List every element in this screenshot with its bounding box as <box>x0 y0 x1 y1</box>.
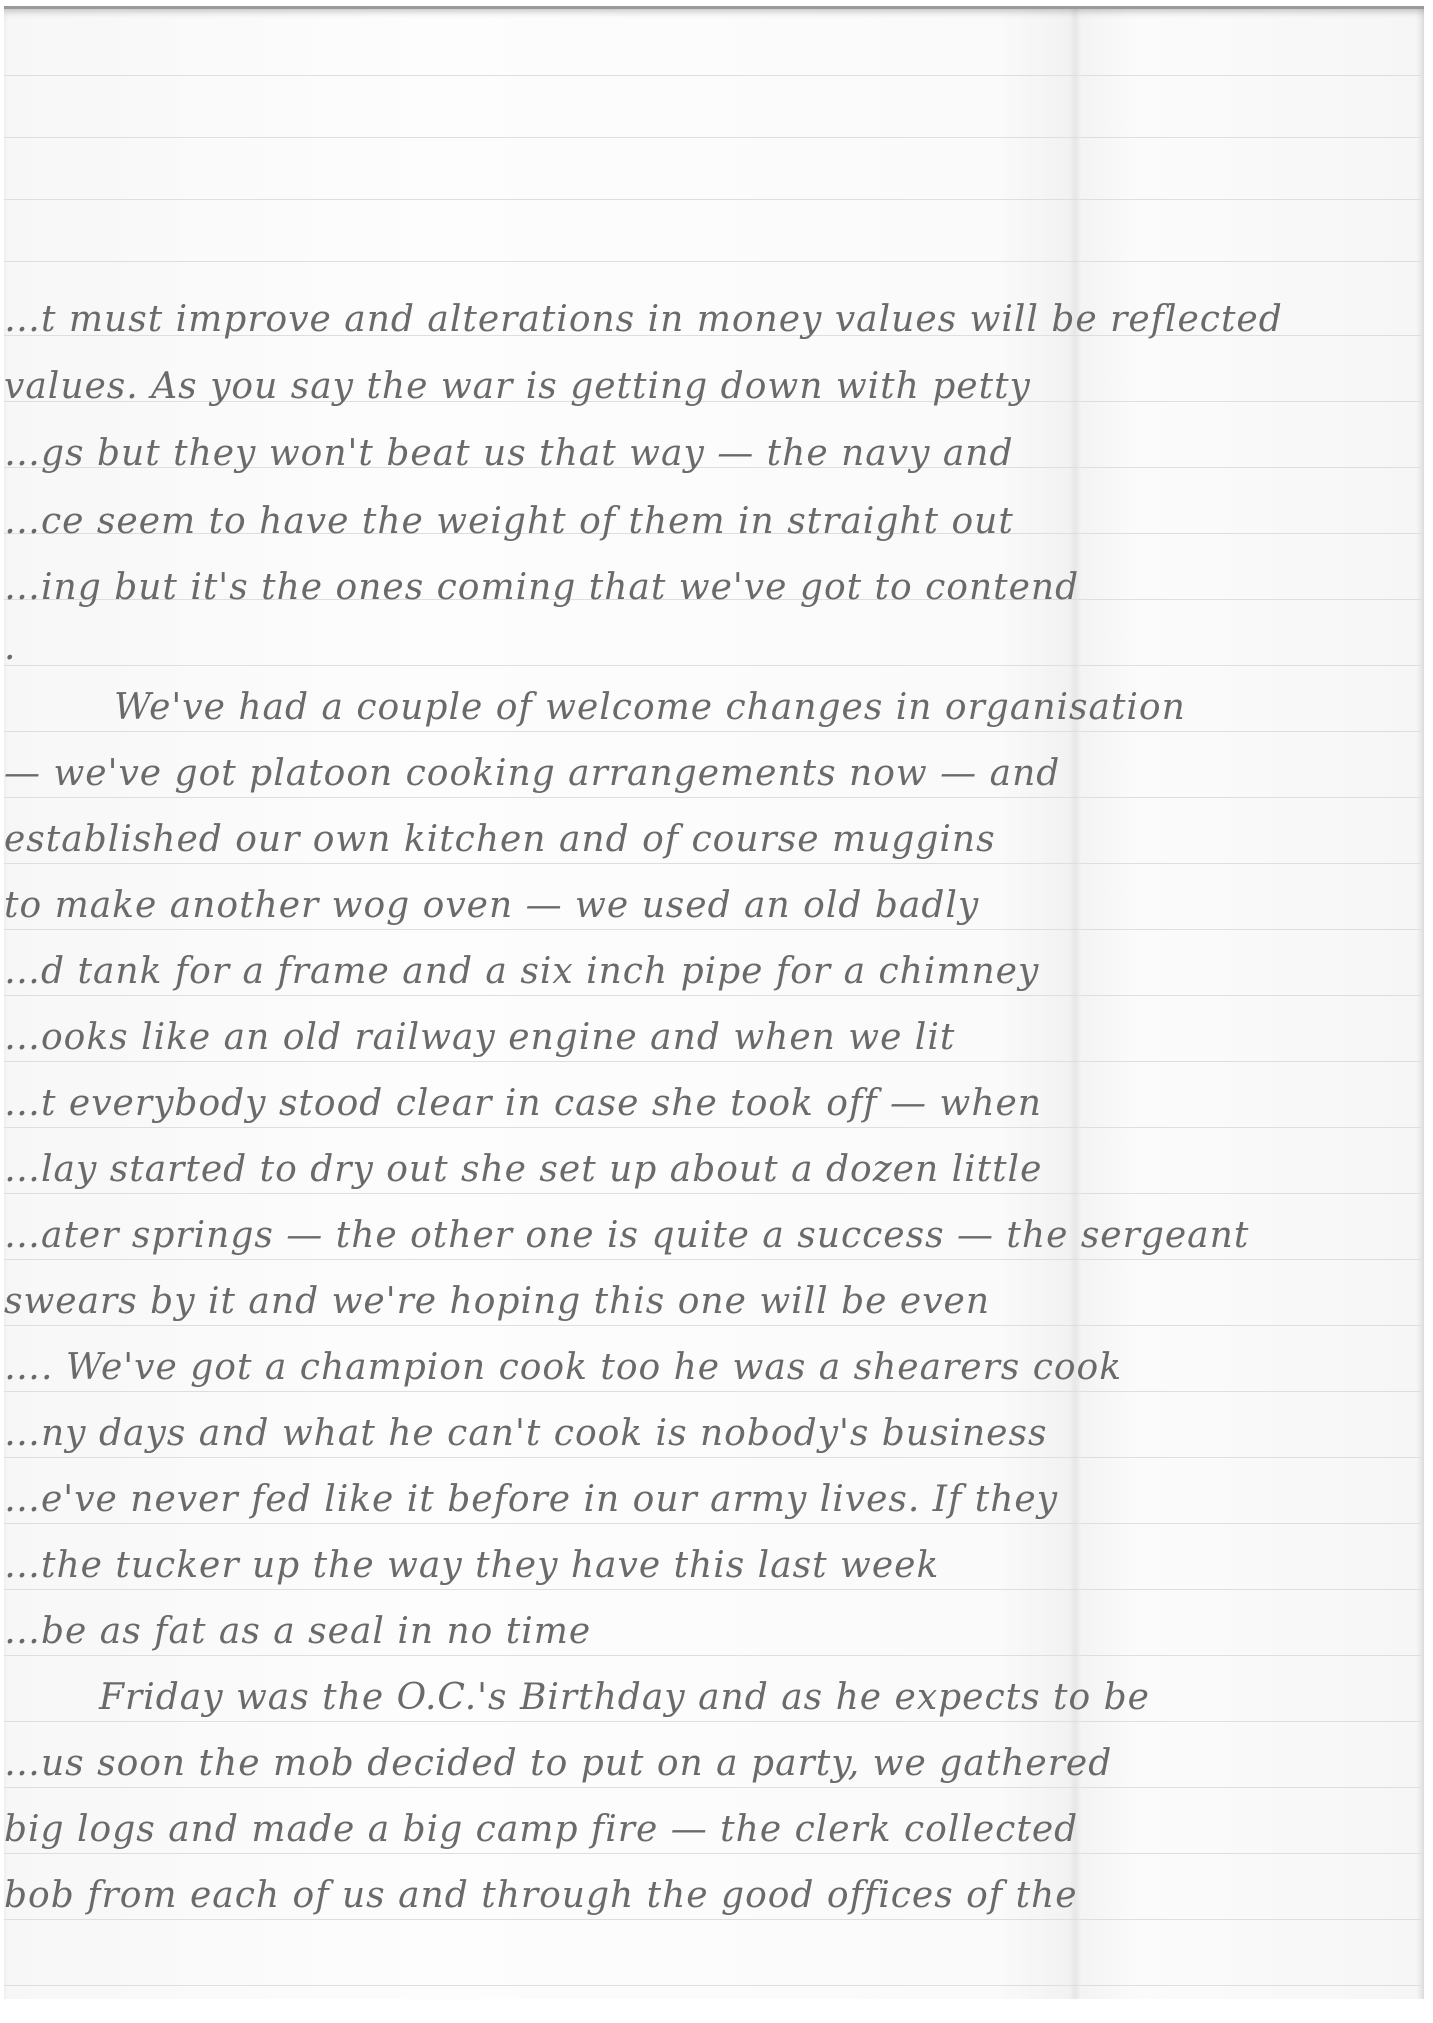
handwritten-line: …d tank for a frame and a six inch pipe … <box>4 951 1039 992</box>
handwritten-line: swears by it and we're hoping this one w… <box>4 1281 990 1322</box>
handwritten-line: …be as fat as a seal in no time <box>4 1611 591 1652</box>
ruled-line <box>4 75 1424 76</box>
handwritten-line: Friday was the O.C.'s Birthday and as he… <box>99 1677 1150 1718</box>
handwritten-line: We've had a couple of welcome changes in… <box>114 687 1186 728</box>
handwritten-line: …ing but it's the ones coming that we've… <box>4 567 1079 608</box>
ruled-line <box>4 797 1424 798</box>
handwritten-line: …ce seem to have the weight of them in s… <box>4 501 1014 542</box>
handwritten-line: …the tucker up the way they have this la… <box>4 1545 939 1586</box>
handwritten-line: established our own kitchen and of cours… <box>4 819 996 860</box>
paper-edge <box>1416 9 1424 1999</box>
ruled-line <box>4 1853 1424 1854</box>
ruled-line <box>4 731 1424 732</box>
handwritten-line: values. As you say the war is getting do… <box>4 366 1031 407</box>
ruled-line <box>4 1127 1424 1128</box>
ruled-line <box>4 1391 1424 1392</box>
ruled-line <box>4 1589 1424 1590</box>
ruled-line <box>4 929 1424 930</box>
handwritten-line: …us soon the mob decided to put on a par… <box>4 1743 1112 1784</box>
ruled-line <box>4 1655 1424 1656</box>
handwritten-line: …ater springs — the other one is quite a… <box>4 1215 1249 1256</box>
handwritten-line: …t everybody stood clear in case she too… <box>4 1083 1042 1124</box>
handwritten-line: — we've got platoon cooking arrangements… <box>4 753 1060 794</box>
ruled-line <box>4 137 1424 138</box>
ruled-line <box>4 1325 1424 1326</box>
handwritten-line: …gs but they won't beat us that way — th… <box>4 433 1014 474</box>
handwritten-line: to make another wog oven — we used an ol… <box>4 885 979 926</box>
ruled-line <box>4 261 1424 262</box>
handwritten-line: …e've never fed like it before in our ar… <box>4 1479 1058 1520</box>
ruled-line <box>4 995 1424 996</box>
ruled-line <box>4 1061 1424 1062</box>
ruled-line <box>4 1523 1424 1524</box>
ruled-line <box>4 1919 1424 1920</box>
handwritten-line: bob from each of us and through the good… <box>4 1875 1078 1916</box>
ruled-line <box>4 863 1424 864</box>
handwritten-line: …ooks like an old railway engine and whe… <box>4 1017 955 1058</box>
handwritten-line: …t must improve and alterations in money… <box>4 299 1283 340</box>
handwritten-line: …lay started to dry out she set up about… <box>4 1149 1042 1190</box>
ruled-line <box>4 1985 1424 1986</box>
ruled-line <box>4 1721 1424 1722</box>
handwritten-line: …ny days and what he can't cook is nobod… <box>4 1413 1047 1454</box>
ruled-line <box>4 1787 1424 1788</box>
handwritten-line: big logs and made a big camp fire — the … <box>4 1809 1078 1850</box>
ruled-line <box>4 1193 1424 1194</box>
ruled-line <box>4 1259 1424 1260</box>
ruled-line <box>4 199 1424 200</box>
ruled-line <box>4 665 1424 666</box>
handwritten-line: . <box>4 627 16 668</box>
handwritten-line: …. We've got a champion cook too he was … <box>4 1347 1122 1388</box>
letter-page: …t must improve and alterations in money… <box>4 6 1424 1999</box>
ruled-line <box>4 1457 1424 1458</box>
